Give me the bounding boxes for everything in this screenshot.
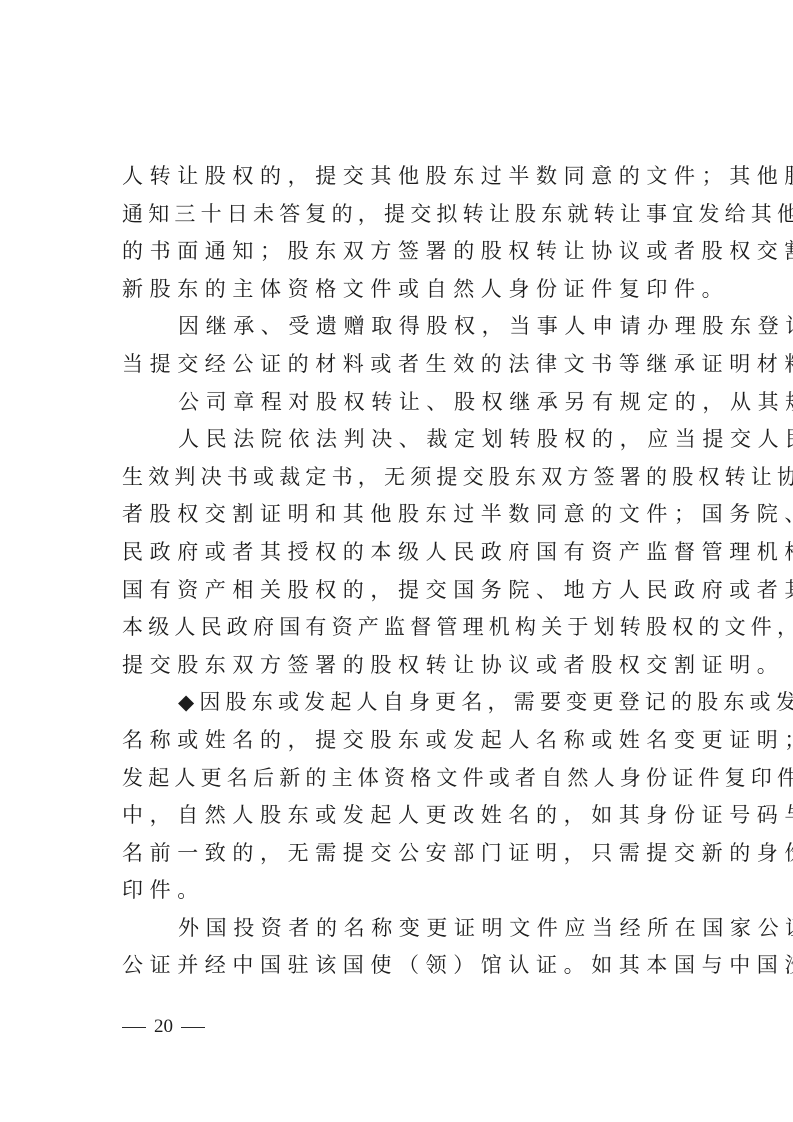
text-line: 名称或姓名的，提交股东或发起人名称或姓名变更证明；股东或 (122, 722, 674, 760)
text-line: 人民法院依法判决、裁定划转股权的，应当提交人民法院的 (122, 421, 674, 459)
text-line: 民政府或者其授权的本级人民政府国有资产监督管理机构划转 (122, 534, 674, 572)
text-line: 中，自然人股东或发起人更改姓名的，如其身份证号码与更改姓 (122, 797, 674, 835)
text-line: 发起人更名后新的主体资格文件或者自然人身份证件复印件。其 (122, 760, 674, 798)
text-line: 生效判决书或裁定书，无须提交股东双方签署的股权转让协议或 (122, 459, 674, 497)
page-number-dash-right (181, 1027, 205, 1028)
text-line: 本级人民政府国有资产监督管理机构关于划转股权的文件，无须 (122, 609, 674, 647)
text-line: 国有资产相关股权的，提交国务院、地方人民政府或者其授权的 (122, 572, 674, 610)
text-line: 外国投资者的名称变更证明文件应当经所在国家公证机关 (122, 910, 674, 948)
text-line: 因继承、受遗赠取得股权，当事人申请办理股东登记的，应 (122, 308, 674, 346)
text-line: 公司章程对股权转让、股权继承另有规定的，从其规定。 (122, 384, 674, 422)
document-body: 人转让股权的，提交其他股东过半数同意的文件；其他股东接到通知三十日未答复的，提交… (122, 158, 674, 985)
text-line: 人转让股权的，提交其他股东过半数同意的文件；其他股东接到 (122, 158, 674, 196)
text-line: 新股东的主体资格文件或自然人身份证件复印件。 (122, 271, 674, 309)
text-line: 者股权交割证明和其他股东过半数同意的文件；国务院、地方人 (122, 496, 674, 534)
text-line: 名前一致的，无需提交公安部门证明，只需提交新的身份证件复 (122, 835, 674, 873)
document-page: 人转让股权的，提交其他股东过半数同意的文件；其他股东接到通知三十日未答复的，提交… (0, 0, 793, 1122)
page-number-value: 20 (154, 1016, 173, 1037)
page-number: 20 (122, 1015, 213, 1039)
page-number-dash-left (122, 1027, 146, 1028)
text-line: 印件。 (122, 872, 674, 910)
text-line: 当提交经公证的材料或者生效的法律文书等继承证明材料。 (122, 346, 674, 384)
text-line: 提交股东双方签署的股权转让协议或者股权交割证明。 (122, 647, 674, 685)
text-line: 通知三十日未答复的，提交拟转让股东就转让事宜发给其他股东 (122, 196, 674, 234)
text-line: 公证并经中国驻该国使（领）馆认证。如其本国与中国没有外交 (122, 947, 674, 985)
text-line: 的书面通知；股东双方签署的股权转让协议或者股权交割证明； (122, 233, 674, 271)
text-line: ◆因股东或发起人自身更名，需要变更登记的股东或发起人 (122, 684, 674, 722)
